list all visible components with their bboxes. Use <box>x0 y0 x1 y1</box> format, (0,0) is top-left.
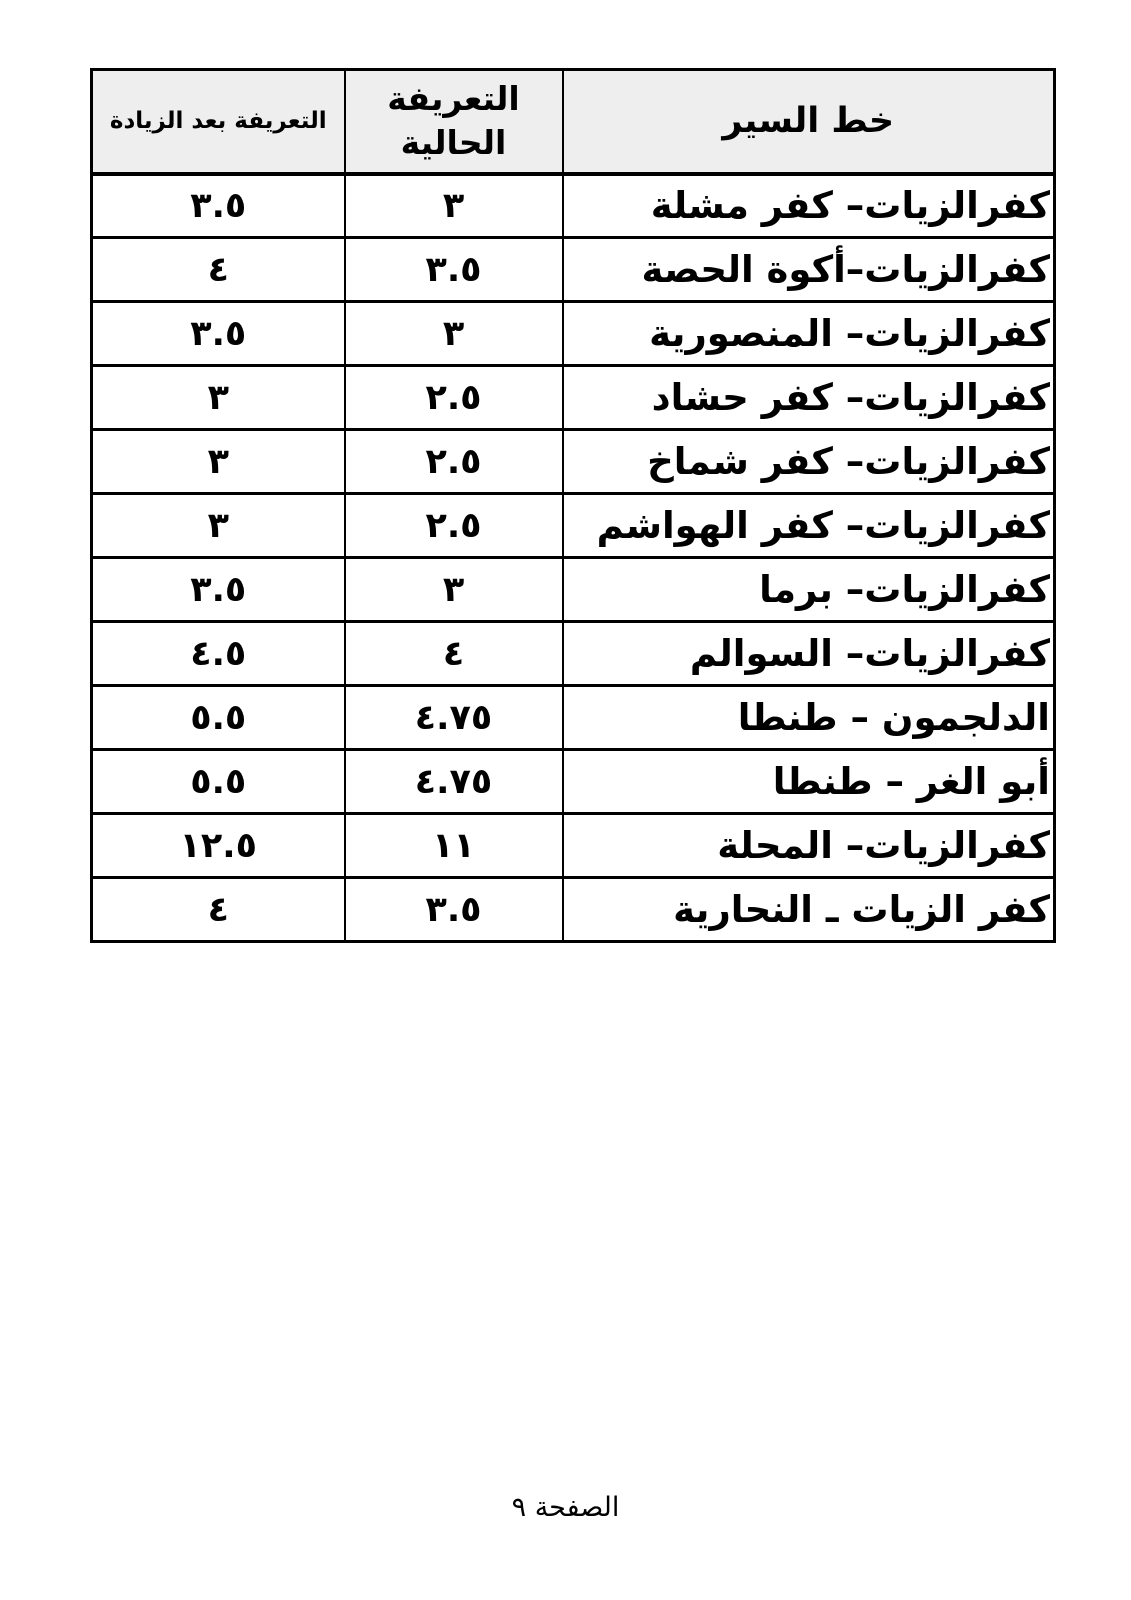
table-row: الدلجمون – طنطا ٤.٧٥ ٥.٥ <box>92 686 1055 750</box>
header-row: خط السير التعريفة الحالية التعريفة بعد ا… <box>92 70 1055 174</box>
fare-table-body: كفرالزيات– كفر مشلة ٣ ٣.٥ كفرالزيات–أكوة… <box>92 174 1055 942</box>
route-cell: كفرالزيات– المنصورية <box>563 302 1055 366</box>
current-tariff-cell: ٣.٥ <box>345 878 563 942</box>
current-tariff-cell: ٤.٧٥ <box>345 686 563 750</box>
route-cell: كفرالزيات– كفر مشلة <box>563 174 1055 238</box>
table-row: كفرالزيات–أكوة الحصة ٣.٥ ٤ <box>92 238 1055 302</box>
document-page: { "colors": { "page_bg": "#ffffff", "hea… <box>0 0 1131 1600</box>
after-tariff-cell: ٣ <box>92 494 345 558</box>
table-row: كفرالزيات– السوالم ٤ ٤.٥ <box>92 622 1055 686</box>
route-cell: كفرالزيات– السوالم <box>563 622 1055 686</box>
route-cell: كفرالزيات– المحلة <box>563 814 1055 878</box>
current-tariff-cell: ١١ <box>345 814 563 878</box>
after-tariff-cell: ٣.٥ <box>92 174 345 238</box>
current-tariff-cell: ٤ <box>345 622 563 686</box>
table-row: كفرالزيات– كفر حشاد ٢.٥ ٣ <box>92 366 1055 430</box>
table-row: كفرالزيات– كفر الهواشم ٢.٥ ٣ <box>92 494 1055 558</box>
route-cell: كفرالزيات– كفر الهواشم <box>563 494 1055 558</box>
current-tariff-cell: ٤.٧٥ <box>345 750 563 814</box>
after-tariff-cell: ٥.٥ <box>92 750 345 814</box>
fare-table: خط السير التعريفة الحالية التعريفة بعد ا… <box>90 68 1056 943</box>
route-cell: كفرالزيات– كفر حشاد <box>563 366 1055 430</box>
table-row: كفر الزيات ـ النحارية ٣.٥ ٤ <box>92 878 1055 942</box>
table-row: كفرالزيات– المحلة ١١ ١٢.٥ <box>92 814 1055 878</box>
after-tariff-cell: ٤ <box>92 878 345 942</box>
after-tariff-cell: ١٢.٥ <box>92 814 345 878</box>
page-number-footer: الصفحة ٩ <box>0 1492 1131 1523</box>
current-tariff-cell: ٣.٥ <box>345 238 563 302</box>
route-cell: كفرالزيات– كفر شماخ <box>563 430 1055 494</box>
route-cell: كفرالزيات– برما <box>563 558 1055 622</box>
current-tariff-cell: ٢.٥ <box>345 494 563 558</box>
table-row: أبو الغر – طنطا ٤.٧٥ ٥.٥ <box>92 750 1055 814</box>
table-row: كفرالزيات– كفر شماخ ٢.٥ ٣ <box>92 430 1055 494</box>
header-current-tariff-line1: التعريفة <box>346 77 562 122</box>
header-current-tariff: التعريفة الحالية <box>345 70 563 174</box>
after-tariff-cell: ٤ <box>92 238 345 302</box>
current-tariff-cell: ٢.٥ <box>345 366 563 430</box>
current-tariff-cell: ٣ <box>345 174 563 238</box>
after-tariff-cell: ٤.٥ <box>92 622 345 686</box>
route-cell: الدلجمون – طنطا <box>563 686 1055 750</box>
after-tariff-cell: ٣ <box>92 366 345 430</box>
header-current-tariff-line2: الحالية <box>346 121 562 166</box>
table-row: كفرالزيات– كفر مشلة ٣ ٣.٥ <box>92 174 1055 238</box>
table-row: كفرالزيات– برما ٣ ٣.٥ <box>92 558 1055 622</box>
fare-table-header: خط السير التعريفة الحالية التعريفة بعد ا… <box>92 70 1055 174</box>
table-row: كفرالزيات– المنصورية ٣ ٣.٥ <box>92 302 1055 366</box>
header-after-increase-tariff: التعريفة بعد الزيادة <box>92 70 345 174</box>
after-tariff-cell: ٣.٥ <box>92 558 345 622</box>
header-route: خط السير <box>563 70 1055 174</box>
route-cell: كفرالزيات–أكوة الحصة <box>563 238 1055 302</box>
after-tariff-cell: ٣.٥ <box>92 302 345 366</box>
current-tariff-cell: ٣ <box>345 558 563 622</box>
current-tariff-cell: ٣ <box>345 302 563 366</box>
current-tariff-cell: ٢.٥ <box>345 430 563 494</box>
route-cell: أبو الغر – طنطا <box>563 750 1055 814</box>
after-tariff-cell: ٥.٥ <box>92 686 345 750</box>
route-cell: كفر الزيات ـ النحارية <box>563 878 1055 942</box>
after-tariff-cell: ٣ <box>92 430 345 494</box>
